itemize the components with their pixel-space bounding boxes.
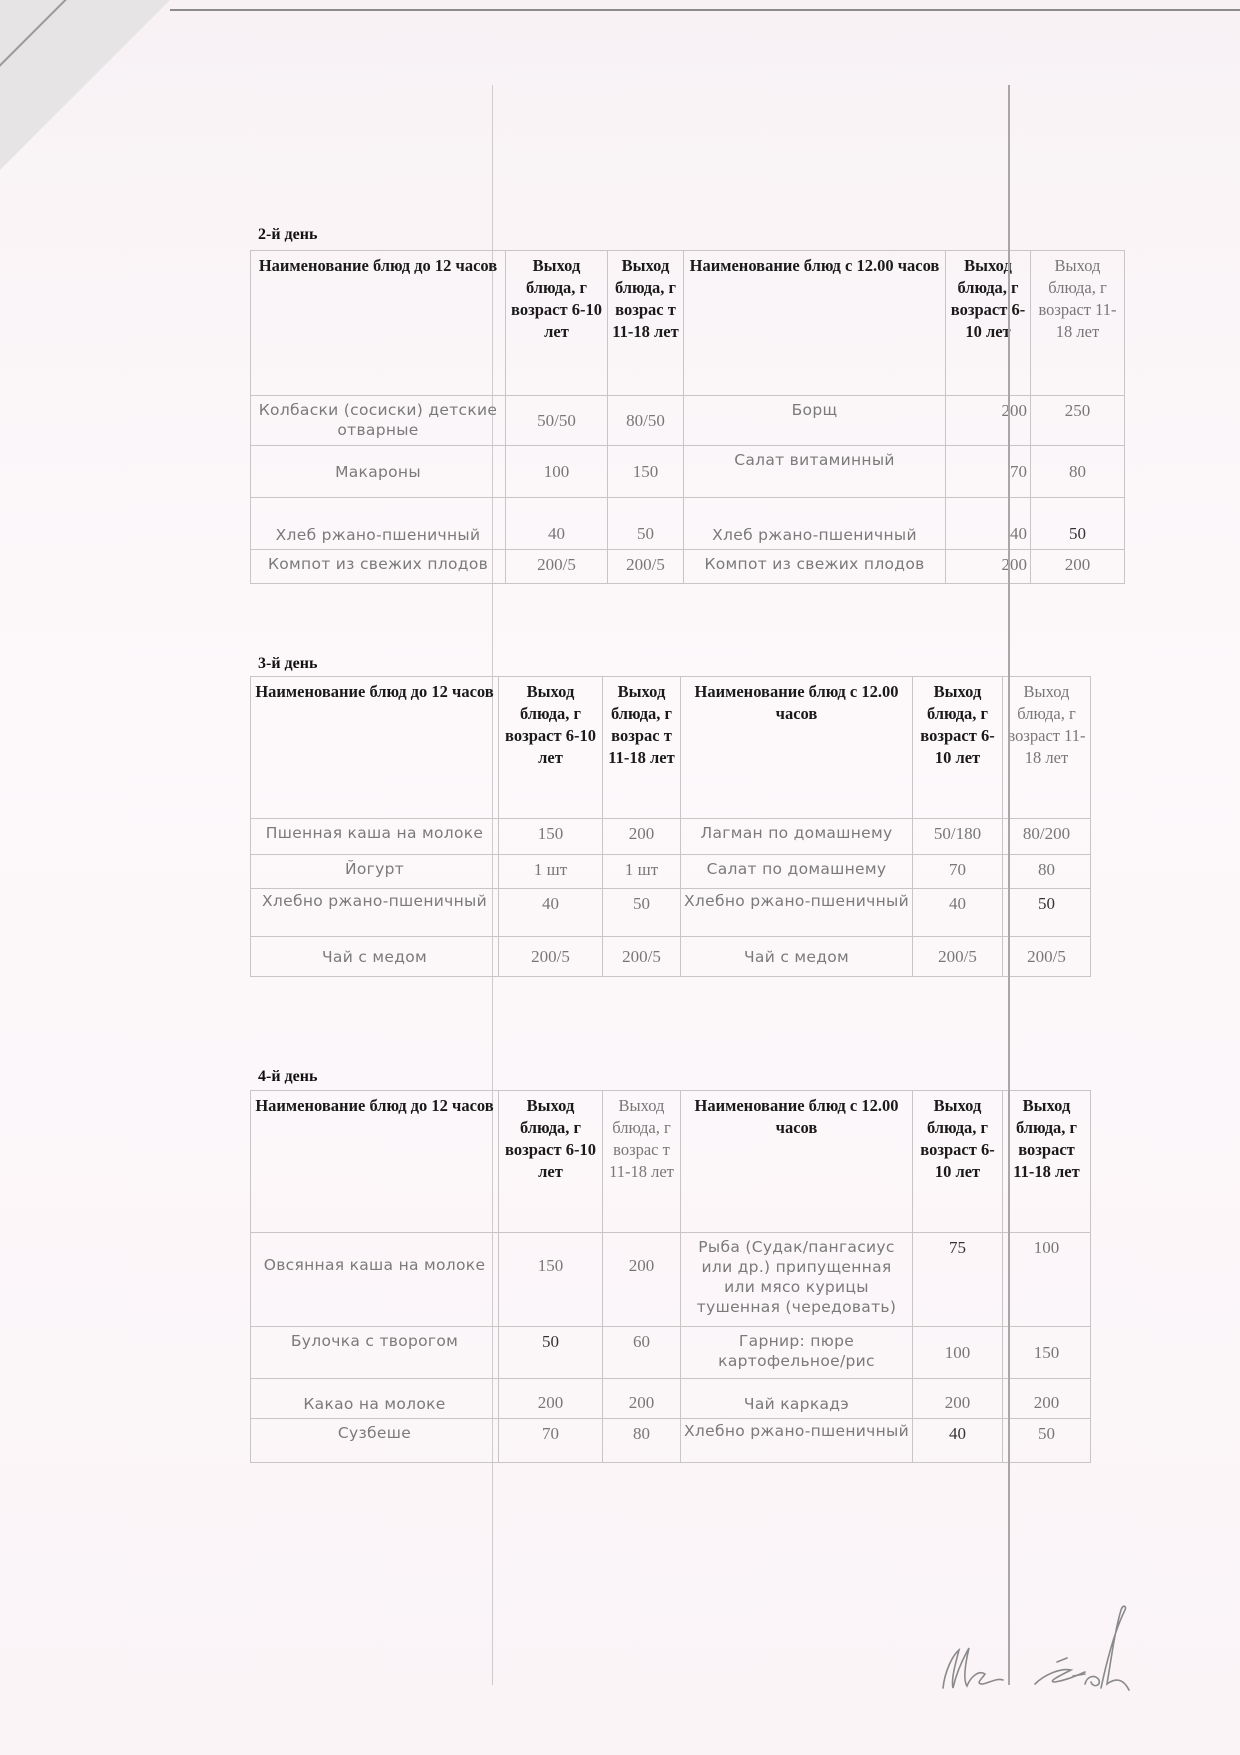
morning-out-11-18: 200/5 [608, 550, 684, 584]
header-afternoon-name: Наименование блюд с 12.00 часов [681, 1091, 913, 1233]
day-2-title: 2-й день [258, 226, 317, 244]
afternoon-out-6-10: 200 [913, 1379, 1003, 1419]
morning-out-6-10: 1 шт [499, 855, 603, 889]
afternoon-out-6-10: 70 [913, 855, 1003, 889]
handwritten-signature [935, 1600, 1195, 1700]
afternoon-out-6-10: 70 [946, 446, 1031, 498]
morning-out-11-18: 80/50 [608, 396, 684, 446]
afternoon-out-11-18: 200 [1031, 550, 1125, 584]
morning-out-11-18: 80 [603, 1419, 681, 1463]
table-row: Йогурт 1 шт 1 шт Салат по домашнему 70 8… [251, 855, 1091, 889]
afternoon-out-11-18: 50 [1031, 498, 1125, 550]
header-morning-out-6-10: Выход блюда, г возраст 6-10 лет [499, 1091, 603, 1233]
morning-out-6-10: 200/5 [499, 937, 603, 977]
morning-dish: Чай с медом [251, 937, 499, 977]
morning-out-11-18: 200 [603, 1379, 681, 1419]
afternoon-out-6-10: 40 [913, 889, 1003, 937]
table-header-row: Наименование блюд до 12 часов Выход блюд… [251, 1091, 1091, 1233]
table-row: Овсянная каша на молоке 150 200 Рыба (Су… [251, 1233, 1091, 1327]
day-2-menu-table: Наименование блюд до 12 часов Выход блюд… [250, 250, 1125, 584]
morning-out-6-10: 200 [499, 1379, 603, 1419]
afternoon-dish: Хлебно ржано-пшеничный [681, 1419, 913, 1463]
header-afternoon-out-6-10: Выход блюда, г возраст 6-10 лет [946, 251, 1031, 396]
table-row: Компот из свежих плодов 200/5 200/5 Комп… [251, 550, 1125, 584]
afternoon-dish: Чай с медом [681, 937, 913, 977]
header-morning-out-6-10: Выход блюда, г возраст 6-10 лет [506, 251, 608, 396]
header-morning-out-11-18: Выход блюда, г возрас т 11-18 лет [603, 677, 681, 819]
table-row: Колбаски (сосиски) детские отварные 50/5… [251, 396, 1125, 446]
header-afternoon-out-11-18: Выход блюда, г возраст 11-18 лет [1031, 251, 1125, 396]
table-row: Хлеб ржано-пшеничный 40 50 Хлеб ржано-пш… [251, 498, 1125, 550]
morning-dish: Колбаски (сосиски) детские отварные [251, 396, 506, 446]
header-afternoon-out-6-10: Выход блюда, г возраст 6-10 лет [913, 1091, 1003, 1233]
morning-dish: Макароны [251, 446, 506, 498]
afternoon-out-6-10: 40 [946, 498, 1031, 550]
scan-top-edge [170, 9, 1240, 11]
morning-out-6-10: 40 [499, 889, 603, 937]
day-4-menu-table: Наименование блюд до 12 часов Выход блюд… [250, 1090, 1091, 1463]
afternoon-out-11-18: 80/200 [1003, 819, 1091, 855]
afternoon-out-6-10: 100 [913, 1327, 1003, 1379]
morning-dish: Сузбеше [251, 1419, 499, 1463]
morning-out-6-10: 150 [499, 1233, 603, 1327]
afternoon-out-6-10: 75 [913, 1233, 1003, 1327]
morning-out-11-18: 200/5 [603, 937, 681, 977]
afternoon-dish: Гарнир: пюре картофельное/рис [681, 1327, 913, 1379]
afternoon-out-11-18: 80 [1003, 855, 1091, 889]
header-morning-out-11-18: Выход блюда, г возрас т 11-18 лет [603, 1091, 681, 1233]
afternoon-dish: Борщ [684, 396, 946, 446]
morning-out-11-18: 1 шт [603, 855, 681, 889]
morning-dish: Овсянная каша на молоке [251, 1233, 499, 1327]
afternoon-out-11-18: 80 [1031, 446, 1125, 498]
morning-out-11-18: 50 [608, 498, 684, 550]
day-4-title: 4-й день [258, 1068, 317, 1086]
header-afternoon-out-6-10: Выход блюда, г возраст 6-10 лет [913, 677, 1003, 819]
morning-out-11-18: 60 [603, 1327, 681, 1379]
afternoon-out-6-10: 40 [913, 1419, 1003, 1463]
table-header-row: Наименование блюд до 12 часов Выход блюд… [251, 677, 1091, 819]
afternoon-out-11-18: 50 [1003, 1419, 1091, 1463]
header-afternoon-out-11-18: Выход блюда, г возраст 11-18 лет [1003, 677, 1091, 819]
morning-dish: Хлебно ржано-пшеничный [251, 889, 499, 937]
morning-dish: Булочка с творогом [251, 1327, 499, 1379]
afternoon-dish: Хлеб ржано-пшеничный [684, 498, 946, 550]
table-row: Пшенная каша на молоке 150 200 Лагман по… [251, 819, 1091, 855]
morning-out-6-10: 150 [499, 819, 603, 855]
morning-out-11-18: 150 [608, 446, 684, 498]
afternoon-out-6-10: 50/180 [913, 819, 1003, 855]
afternoon-dish: Рыба (Судак/пангасиус или др.) припущенн… [681, 1233, 913, 1327]
morning-dish: Какао на молоке [251, 1379, 499, 1419]
header-morning-out-11-18: Выход блюда, г возрас т 11-18 лет [608, 251, 684, 396]
header-afternoon-out-11-18: Выход блюда, г возраст 11-18 лет [1003, 1091, 1091, 1233]
day-3-title: 3-й день [258, 655, 317, 673]
morning-out-6-10: 100 [506, 446, 608, 498]
scan-artifact-line [1008, 85, 1010, 1685]
morning-dish: Йогурт [251, 855, 499, 889]
morning-dish: Пшенная каша на молоке [251, 819, 499, 855]
morning-out-6-10: 50/50 [506, 396, 608, 446]
table-row: Булочка с творогом 50 60 Гарнир: пюре ка… [251, 1327, 1091, 1379]
afternoon-out-11-18: 200 [1003, 1379, 1091, 1419]
afternoon-dish: Хлебно ржано-пшеничный [681, 889, 913, 937]
day-3-menu-table: Наименование блюд до 12 часов Выход блюд… [250, 676, 1091, 977]
folded-corner [0, 0, 170, 170]
afternoon-out-11-18: 100 [1003, 1233, 1091, 1327]
morning-out-6-10: 70 [499, 1419, 603, 1463]
morning-out-6-10: 200/5 [506, 550, 608, 584]
afternoon-out-11-18: 150 [1003, 1327, 1091, 1379]
morning-out-6-10: 40 [506, 498, 608, 550]
morning-dish: Хлеб ржано-пшеничный [251, 498, 506, 550]
morning-dish: Компот из свежих плодов [251, 550, 506, 584]
afternoon-dish: Салат по домашнему [681, 855, 913, 889]
header-morning-name: Наименование блюд до 12 часов [251, 677, 499, 819]
table-row: Макароны 100 150 Салат витаминный 70 80 [251, 446, 1125, 498]
header-afternoon-name: Наименование блюд с 12.00 часов [681, 677, 913, 819]
morning-out-11-18: 200 [603, 819, 681, 855]
table-row: Сузбеше 70 80 Хлебно ржано-пшеничный 40 … [251, 1419, 1091, 1463]
table-row: Хлебно ржано-пшеничный 40 50 Хлебно ржан… [251, 889, 1091, 937]
table-row: Какао на молоке 200 200 Чай каркадэ 200 … [251, 1379, 1091, 1419]
morning-out-11-18: 50 [603, 889, 681, 937]
morning-out-6-10: 50 [499, 1327, 603, 1379]
table-row: Чай с медом 200/5 200/5 Чай с медом 200/… [251, 937, 1091, 977]
afternoon-out-11-18: 50 [1003, 889, 1091, 937]
header-morning-out-6-10: Выход блюда, г возраст 6-10 лет [499, 677, 603, 819]
afternoon-out-6-10: 200 [946, 396, 1031, 446]
header-morning-name: Наименование блюд до 12 часов [251, 251, 506, 396]
morning-out-11-18: 200 [603, 1233, 681, 1327]
afternoon-dish: Чай каркадэ [681, 1379, 913, 1419]
header-afternoon-name: Наименование блюд с 12.00 часов [684, 251, 946, 396]
header-morning-name: Наименование блюд до 12 часов [251, 1091, 499, 1233]
afternoon-out-6-10: 200 [946, 550, 1031, 584]
afternoon-dish: Салат витаминный [684, 446, 946, 498]
afternoon-out-11-18: 200/5 [1003, 937, 1091, 977]
afternoon-out-11-18: 250 [1031, 396, 1125, 446]
afternoon-dish: Компот из свежих плодов [684, 550, 946, 584]
afternoon-dish: Лагман по домашнему [681, 819, 913, 855]
table-header-row: Наименование блюд до 12 часов Выход блюд… [251, 251, 1125, 396]
afternoon-out-6-10: 200/5 [913, 937, 1003, 977]
